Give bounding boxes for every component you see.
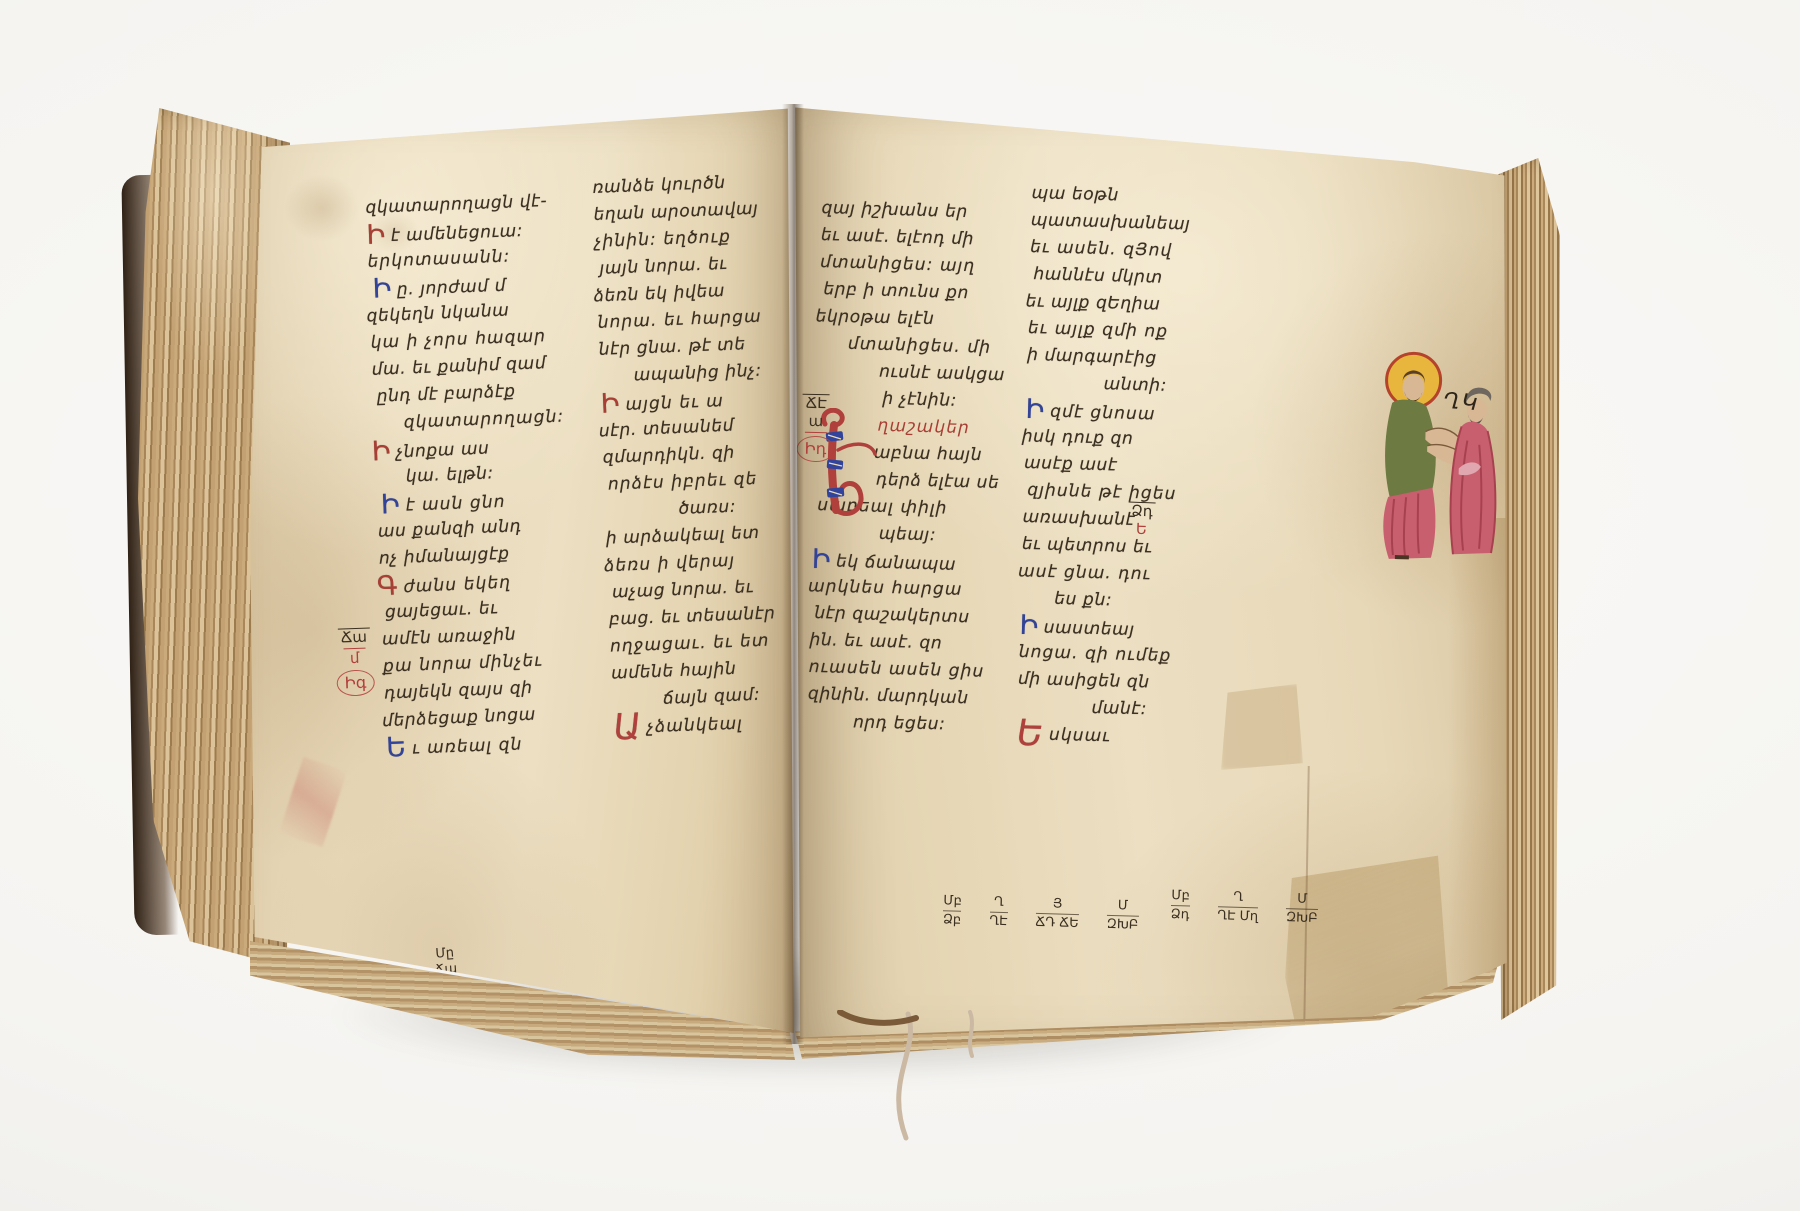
line-text: որդ եցես: <box>853 712 946 734</box>
canon-section-number: ՃԷ <box>803 394 830 414</box>
line-text: չնոքա աս <box>396 438 490 462</box>
line-text: աբնա հայն <box>874 443 983 465</box>
line-text: զյիսնե թէ իցես <box>1027 480 1177 504</box>
line-text: ես քն: <box>1054 589 1112 611</box>
line-text: մի ասիցեն զն <box>1018 669 1150 693</box>
line-text: եւ ասէ. ելէոդ մի <box>821 225 975 249</box>
canon-number-mid: ա <box>808 412 823 430</box>
line-text: որձէս իբրեւ զե <box>608 469 758 495</box>
line-text: ուսնէ ասկցա <box>879 362 1005 386</box>
line-text: առասխանէ <box>1022 507 1135 530</box>
canon-pair: ՂՂԷ <box>989 895 1008 929</box>
line-text: իսկ դուք զո <box>1022 426 1134 449</box>
canon-pair: ՅՃԴ ՃԵ <box>1035 896 1079 931</box>
line-text: կա ի չորս հազար <box>370 326 546 353</box>
text-line: որդ եցես: <box>804 708 995 739</box>
line-text: ուասեն ասեն ցիս <box>809 657 985 682</box>
binding-thread-long <box>899 1014 911 1138</box>
line-text: քա նորա մինչեւ <box>383 651 543 677</box>
line-text: չինին: եղծուք <box>594 227 731 252</box>
canon-top-numeral: Մբ <box>1171 888 1190 904</box>
blue-initial: Ի <box>380 491 401 519</box>
line-text: ը. յորժամ մ <box>397 276 507 300</box>
red-initial: Ի <box>366 221 386 249</box>
line-text: սկսաւ <box>1049 725 1111 747</box>
red-pigment-smudge <box>279 757 347 847</box>
line-text: աչաց նորա. եւ <box>612 577 755 602</box>
canon-reference-group-2: ՄբՁդՂՂԷ ՄղՄԶԽԲ <box>1171 888 1319 926</box>
line-text: ասէ ցնա. դու <box>1018 561 1151 584</box>
line-text: զինին. մարդկան <box>808 684 969 708</box>
line-text: ծառս: <box>678 497 736 519</box>
canon-reference-group-1: ՄբՁբՂՂԷՅՃԴ ՃԵՄԶԽԲ <box>943 893 1139 932</box>
line-text: չձանկեալ <box>647 714 744 738</box>
text-line: նէր զաշակերտս <box>814 600 1005 632</box>
line-text: ի մարգարէից <box>1027 345 1157 369</box>
line-text: ընդ մէ բարձէք <box>376 381 516 406</box>
blue-initial: Ի <box>811 546 831 574</box>
canon-margin-mark-left: Ճա մ Իգ <box>335 627 375 696</box>
line-text: զայ իշխանս եր <box>821 198 968 222</box>
line-text: մանէ: <box>1091 698 1147 719</box>
line-text: այցն եւ ա <box>625 391 724 415</box>
canon-pair: ՄԶԽԲ <box>1107 898 1139 933</box>
canon-top-numeral: Մբ <box>943 893 962 909</box>
line-text: պատասխանեայ <box>1031 210 1191 234</box>
canon-top-numeral: Մ <box>1297 891 1308 906</box>
line-text: եղան արօտավայ <box>593 199 759 225</box>
line-text: երբ ի տունս քո <box>823 279 969 303</box>
blue-initial: Ի <box>1019 612 1039 640</box>
line-text: եկրօթա ելէն <box>815 306 934 329</box>
miniature-inscription: ՂԿ <box>1442 389 1480 416</box>
red-divider <box>805 431 827 432</box>
canon-top-numeral: Յ <box>1053 896 1063 911</box>
red-initial: Ե <box>1014 720 1046 748</box>
red-initial: Ի <box>600 390 621 418</box>
left-page-column-1: զկատարողացն վէ-Իէ ամենեցուա:երկոտասանն:Ի… <box>365 187 592 761</box>
canon-bottom-numeral: Ձբ <box>943 910 962 928</box>
line-text: զեկեղն նկանա <box>366 300 509 326</box>
left-page: զկատարողացն վէ-Իէ ամենեցուա:երկոտասանն:Ի… <box>248 100 796 1062</box>
line-text: ւ առեալ զն <box>412 734 523 758</box>
line-text: ին. եւ ասէ. զո <box>809 630 942 654</box>
line-text: սէր. տեսանեմ <box>598 416 734 442</box>
line-text: է ասն ցնո <box>405 492 506 516</box>
line-text: բաց. եւ տեսանէր <box>609 603 776 629</box>
line-text: մտանիցես. մի <box>848 334 992 358</box>
red-initial: Գ <box>376 572 399 600</box>
line-text: նէր ցնա. թէ տե <box>598 334 746 360</box>
text-line: իսկ դուք զո <box>1022 423 1233 455</box>
line-text: մտանիցես: այղ <box>820 252 976 276</box>
line-text: եւ ասեն. զՅով <box>1030 237 1173 261</box>
canon-pair: ՂՂԷ Մղ <box>1217 889 1259 924</box>
line-text: ամէն առաջին <box>382 625 517 650</box>
line-text: ասէք ասէ <box>1024 453 1118 476</box>
canon-top-numeral: Ղ <box>1233 890 1243 905</box>
line-text: զկատարողացն: <box>403 407 564 433</box>
line-text: մերձեցաք նոցա <box>382 705 536 732</box>
line-text: ձեռն եկ իվեա <box>593 281 725 307</box>
canon-number-red: Ե <box>1127 521 1155 539</box>
line-text: ձեռս ի վերայ <box>604 551 736 577</box>
marginal-miniature <box>1379 347 1506 568</box>
spine-tail-leather <box>840 1012 916 1023</box>
line-text: անտի: <box>1103 374 1167 396</box>
text-line: եկրօթա ելէն <box>815 303 1006 334</box>
canon-pair: ՄԶԽԲ <box>1286 891 1318 926</box>
text-line: Եսկսաւ <box>1016 720 1227 753</box>
line-text: կա. ելթն: <box>405 463 494 486</box>
line-text: ամենե հային <box>611 659 737 684</box>
canon-bottom-numeral: ՃԴ ՃԵ <box>1035 913 1079 931</box>
line-text: ապանից ինչ: <box>633 361 762 386</box>
line-text: ճայն զամ: <box>663 685 761 709</box>
canon-section-number: Ձդ <box>1128 502 1156 522</box>
line-text: նորա. եւ հարցա <box>597 307 762 333</box>
canon-bottom-numeral: ԶԽԲ <box>1107 915 1139 933</box>
line-text: հաննէս մկրտ <box>1033 264 1163 288</box>
canon-bottom-numeral: ԶԽԲ <box>1286 908 1318 926</box>
line-text: պա եօթն <box>1031 183 1119 205</box>
canon-margin-mark-col4: Ձդ Ե <box>1127 502 1156 539</box>
canon-top-numeral: Մ <box>1118 898 1129 913</box>
quire-mark-line1: Մը <box>435 945 455 961</box>
binding-threads <box>820 1010 1040 1160</box>
red-initial: Ա <box>612 713 643 741</box>
text-line: եւ այլք զԵղիա <box>1025 288 1236 320</box>
line-text: ողջացաւ. եւ ետ <box>610 631 770 657</box>
spine-gutter <box>782 104 804 1044</box>
line-text: եւ այլք զմի ոք <box>1028 318 1169 342</box>
line-text: ղաշակեր <box>877 416 970 439</box>
line-text: եւ այլք զԵղիա <box>1025 291 1160 314</box>
christ-mantle <box>1383 487 1437 560</box>
canon-pair: ՄբՁդ <box>1171 888 1191 923</box>
line-text: զմէ ցնոսա <box>1050 402 1156 425</box>
photo-backdrop: զկատարողացն վէ-Իէ ամենեցուա:երկոտասանն:Ի… <box>0 0 1800 1211</box>
line-text: զմարդիկն. զի <box>602 443 735 468</box>
right-page-column-2: պա եօթնպատասխանեայեւ ասեն. զՅովհաննէս մկ… <box>1016 180 1242 753</box>
line-text: նէր զաշակերտս <box>814 603 970 627</box>
canon-bottom-numeral: ՂԷ Մղ <box>1217 906 1258 924</box>
canon-bottom-numeral: Ձդ <box>1171 905 1190 923</box>
line-text: դերձ ելէա սե <box>876 470 1000 493</box>
binding-thread-short <box>970 1012 972 1056</box>
line-text: զկատարողացն վէ- <box>365 191 547 218</box>
line-text: ոչ իմանայցէք <box>379 544 510 569</box>
line-text: յայն նորա. եւ <box>599 254 728 279</box>
line-text: արկնես հարցա <box>808 576 963 600</box>
line-text: ցայեցաւ. եւ <box>385 598 499 622</box>
line-text: երկոտասանն: <box>367 246 511 271</box>
line-text: սաստեայ <box>1043 618 1134 641</box>
line-text: պեայ: <box>879 524 937 546</box>
line-text: եկ ճանապա <box>836 552 957 575</box>
line-text: ի արձակեալ ետ <box>606 523 760 549</box>
line-text: ի չէնին: <box>882 389 957 411</box>
canon-pair: ՄբՁբ <box>943 893 962 928</box>
line-text: աս քանզի անդ <box>378 516 522 542</box>
right-page: զայ իշխանս երեւ ասէ. ելէոդ միմտանիցես: ա… <box>793 98 1508 1043</box>
blue-initial: Ե <box>386 734 408 762</box>
canon-number-circled: Իգ <box>336 669 374 697</box>
line-text: մա. եւ քանիմ զամ <box>371 353 546 380</box>
red-initial: Ի <box>371 438 391 466</box>
line-text: դայեկն զայս զի <box>384 678 533 704</box>
canon-number-mid: մ <box>336 650 374 669</box>
canon-section-number: Ճա <box>338 627 371 647</box>
line-text: ժանս եկեղ <box>403 573 511 598</box>
canon-top-numeral: Ղ <box>994 895 1004 910</box>
blue-initial: Ի <box>1025 396 1046 424</box>
line-text: է ամենեցուա: <box>390 221 523 246</box>
blue-initial: Ի <box>372 275 392 303</box>
line-text: նոցա. զի ումեք <box>1019 642 1172 666</box>
line-text: ռանձե կուրծն <box>592 173 726 198</box>
canon-bottom-numeral: ՂԷ <box>989 912 1008 929</box>
small-stain-patch <box>1221 684 1303 770</box>
